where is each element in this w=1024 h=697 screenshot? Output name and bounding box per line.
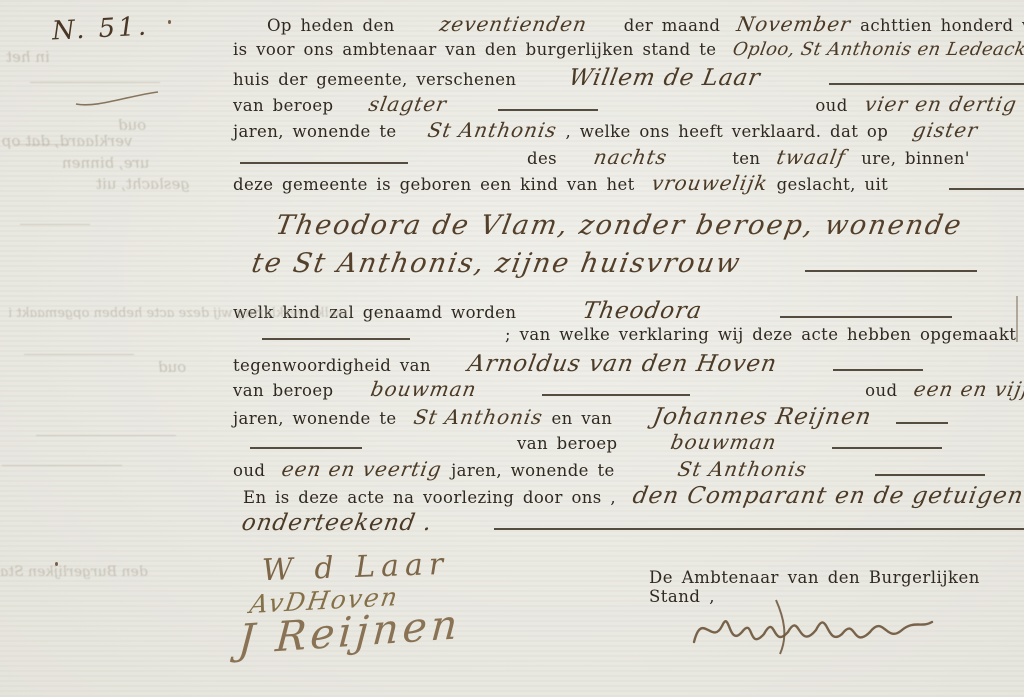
act-number: N. 51.: [51, 11, 149, 46]
handwritten-text: St Anthonis: [411, 405, 544, 429]
spacer: [623, 475, 669, 476]
act-line: En is deze acte na voorlezing door ons ,…: [233, 483, 1023, 510]
spacer: [896, 189, 942, 190]
handwritten-text: St Anthonis: [425, 118, 558, 142]
handwritten-text: onderteekend .: [240, 510, 435, 536]
spacer: [342, 110, 360, 111]
blank-rule: [240, 148, 408, 164]
act-line: tegenwoordigheid vanArnoldus van den Hov…: [233, 351, 1023, 378]
act-line: desnachtstentwaalfure, binnen': [233, 145, 1023, 172]
bleed-through-text: ure, binnen: [61, 154, 150, 172]
handwritten-text: bouwman: [368, 377, 478, 401]
spacer: [596, 30, 624, 31]
handwritten-text: te St Anthonis, zijne huisvrouw: [249, 248, 744, 279]
printed-text: jaren, wonende te: [233, 122, 397, 141]
act-line: Op heden denzeventiendender maandNovembe…: [233, 12, 1023, 39]
act-line: van beroepslagteroudvier en dertig: [233, 92, 1023, 119]
printed-text: des: [527, 149, 557, 168]
handwritten-text: vier en dertig: [863, 92, 1019, 116]
spacer: [626, 448, 662, 449]
handwritten-text: November: [735, 12, 853, 36]
signature-willem-de-laar: W d Laar: [261, 547, 449, 589]
spacer: [785, 448, 825, 449]
act-line: jaren, wonende teSt Anthonis, welke ons …: [233, 118, 1023, 145]
printed-text: oud: [815, 96, 847, 115]
blank-rule: [832, 433, 942, 449]
bleed-through-text: welke verklaring wij deze acte hebben op…: [7, 306, 348, 321]
spacer: [881, 423, 889, 424]
blank-rule: [829, 69, 1024, 85]
spacer: [524, 84, 560, 85]
spacer: [786, 370, 826, 371]
blank-rule: [875, 460, 985, 476]
blank-rule: [805, 256, 977, 272]
printed-text: ten: [732, 149, 760, 168]
bleed-through-rule: [30, 80, 160, 83]
act-body: Op heden denzeventiendender maandNovembe…: [233, 12, 1023, 536]
act-line: oudeen en veertigjaren, wonende teSt Ant…: [233, 457, 1023, 484]
printed-text: Op heden den: [267, 16, 395, 35]
spacer: [455, 110, 491, 111]
blank-rule: [949, 174, 1024, 190]
printed-text: en van: [552, 409, 613, 428]
printed-text: , welke ons heeft verklaard. dat op: [566, 122, 889, 141]
handwritten-text: Oploo, St Anthonis en Ledeacker: [732, 39, 1024, 60]
bleed-through-text: den Burgerlijken Sta: [0, 564, 149, 580]
spacer: [896, 136, 904, 137]
bleed-through-rule: [36, 433, 176, 436]
act-number-flourish: [72, 88, 162, 110]
printed-text: is voor ons ambtenaar van den burgerlijk…: [233, 40, 716, 59]
scan-edge-mark: [1016, 296, 1018, 342]
printed-text: achttien honderd vijftig ,: [860, 16, 1024, 35]
act-line: te St Anthonis, zijne huisvrouw: [233, 248, 1023, 286]
spacer: [676, 163, 732, 164]
ink-speck: [168, 20, 171, 24]
spacer: [439, 370, 459, 371]
printed-text: tegenwoordigheid van: [233, 356, 431, 375]
bleed-through-rule: [14, 142, 69, 145]
printed-text: geslacht, uit: [777, 175, 889, 194]
blank-rule: [498, 95, 598, 111]
printed-text: deze gemeente is geboren een kind van he…: [233, 175, 635, 194]
act-line: ; van welke verklaring wij deze acte heb…: [233, 324, 1023, 351]
printed-text: der maand: [624, 16, 721, 35]
blank-rule: [896, 408, 948, 424]
handwritten-text: een en vijftig: [912, 377, 1024, 401]
bleed-through-text: in het: [5, 48, 51, 66]
handwritten-text: vrouwelijk: [650, 171, 770, 195]
printed-text: jaren, wonende te: [451, 461, 615, 480]
blank-rule: [833, 355, 923, 371]
blank-rule: [262, 324, 410, 340]
handwritten-text: nachts: [592, 145, 669, 169]
printed-text: van beroep: [517, 434, 618, 453]
printed-text: van beroep: [233, 381, 334, 400]
act-line: jaren, wonende teSt Anthonisen vanJohann…: [233, 404, 1023, 431]
handwritten-text: Arnoldus van den Hoven: [466, 351, 779, 377]
handwritten-text: slagter: [366, 92, 448, 116]
bleed-through-rule: [2, 463, 122, 466]
spacer: [415, 163, 527, 164]
act-line: is voor ons ambtenaar van den burgerlijk…: [233, 39, 1023, 66]
act-line: deze gemeente is geboren een kind van he…: [233, 171, 1023, 198]
bleed-through-rule: [24, 352, 134, 355]
blank-rule: [542, 380, 690, 396]
handwritten-text: Theodora: [581, 298, 704, 324]
blank-rule: [494, 514, 1024, 530]
spacer: [770, 84, 822, 85]
spacer: [485, 395, 535, 396]
handwritten-text: twaalf: [775, 145, 848, 169]
act-line: van beroepbouwmanoudeen en vijftig: [233, 377, 1023, 404]
printed-text: oud: [233, 461, 265, 480]
officer-signature-scrawl: [688, 592, 938, 662]
spacer: [417, 339, 505, 340]
bleed-through-rule: [20, 222, 90, 225]
act-line: van beroepbouwman: [233, 430, 1023, 457]
bleed-through-text: verklaard, dat op: [1, 132, 133, 150]
handwritten-text: St Anthonis: [676, 457, 809, 481]
printed-text: oud: [865, 381, 897, 400]
spacer: [697, 395, 865, 396]
spacer: [342, 395, 362, 396]
spacer: [816, 475, 868, 476]
spacer: [441, 529, 487, 530]
blank-rule: [250, 433, 362, 449]
handwritten-text: den Comparant en de getuigen: [631, 483, 1024, 509]
spacer: [605, 110, 815, 111]
spacer: [565, 163, 585, 164]
act-line: welk kind zal genaamd wordenTheodora: [233, 298, 1023, 325]
act-line: Theodora de Vlam, zonder beroep, wonende: [233, 210, 1023, 248]
handwritten-text: een en veertig: [280, 457, 444, 481]
spacer: [620, 423, 644, 424]
spacer: [524, 317, 574, 318]
spacer: [405, 136, 419, 137]
printed-text: jaren, wonende te: [233, 409, 397, 428]
printed-text: ; van welke verklaring wij deze acte heb…: [505, 325, 1024, 344]
handwritten-text: gister: [911, 118, 980, 142]
spacer: [711, 317, 773, 318]
printed-text: ure, binnen': [861, 149, 970, 168]
spacer: [750, 271, 798, 272]
act-line: huis der gemeente, verschenenWillem de L…: [233, 65, 1023, 92]
spacer: [369, 448, 517, 449]
handwritten-text: zeventienden: [438, 12, 589, 36]
handwritten-text: Theodora de Vlam, zonder beroep, wonende: [273, 210, 965, 241]
blank-rule: [780, 302, 952, 318]
handwritten-text: Willem de Laar: [567, 65, 763, 91]
act-line: onderteekend .: [233, 510, 1023, 537]
handwritten-text: Johannes Reijnen: [651, 404, 874, 430]
spacer: [403, 30, 431, 31]
printed-text: huis der gemeente, verschenen: [233, 70, 516, 89]
bleed-through-text: geslacht, uit: [95, 175, 191, 193]
printed-text: En is deze acte na voorlezing door ons ,: [243, 488, 616, 507]
bleed-through-text: oud: [157, 358, 187, 376]
printed-text: van beroep: [233, 96, 334, 115]
handwritten-text: bouwman: [668, 430, 778, 454]
